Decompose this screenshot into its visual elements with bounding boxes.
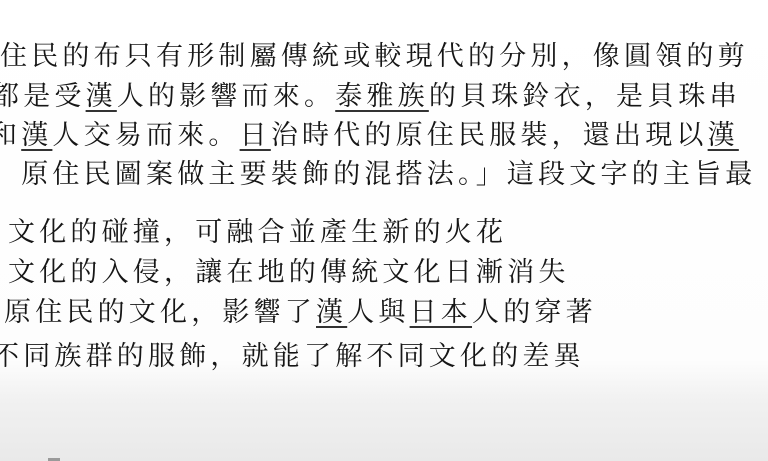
answer-option-3: 原住民的文化，影響了漢人與日本人的穿著 [4,298,597,328]
passage-line-2: 都是受漢人的影響而來。泰雅族的貝珠鈴衣，是貝珠串 [0,82,741,112]
answer-option-2: 文化的入侵，讓在地的傳統文化日漸消失 [8,258,570,288]
proper-noun-japan: 日 [240,120,271,151]
proper-noun-han: 漢 [708,120,739,151]
proper-noun-han: 漢 [86,81,117,112]
passage-text: 、原住民圖案做主要裝飾的混搭法。」這段文字的主旨最 [0,159,757,190]
proper-noun-japan: 日本 [410,297,472,328]
passage-text: 都是受 [0,81,86,112]
option-text: 人的穿著 [472,297,597,328]
scanned-page: 住民的布只有形制屬傳統或較現代的分別，像圓領的剪 都是受漢人的影響而來。泰雅族的… [0,0,768,461]
passage-text: 和 [0,120,21,151]
passage-line-3: 和漢人交易而來。日治時代的原住民服裝，還出現以漢 [0,121,739,151]
passage-text: 人交易而來。 [52,120,239,151]
option-text: 文化的入侵，讓在地的傳統文化日漸消失 [8,257,570,288]
answer-option-1: 文化的碰撞，可融合並產生新的火花 [8,218,507,248]
passage-text: 住民的布只有形制屬傳統或較現代的分別，像圓領的剪 [0,41,749,72]
answer-option-4: 不同族群的服飾，就能了解不同文化的差異 [0,342,585,372]
passage-text: 的貝珠鈴衣，是貝珠串 [429,81,741,112]
proper-noun-han: 漢 [316,297,347,328]
passage-line-4: 、原住民圖案做主要裝飾的混搭法。」這段文字的主旨最 [0,160,757,190]
passage-text: 治時代的原住民服裝，還出現以 [271,120,708,151]
option-text: 不同族群的服飾，就能了解不同文化的差異 [0,341,585,372]
passage-line-1: 住民的布只有形制屬傳統或較現代的分別，像圓領的剪 [0,42,749,72]
option-text: 原住民的文化，影響了 [4,297,316,328]
proper-noun-han: 漢 [21,120,52,151]
proper-noun-atayal: 泰雅族 [335,81,429,112]
option-text: 人與 [347,297,409,328]
option-text: 文化的碰撞，可融合並產生新的火花 [8,217,507,248]
passage-text: 人的影響而來。 [117,81,335,112]
